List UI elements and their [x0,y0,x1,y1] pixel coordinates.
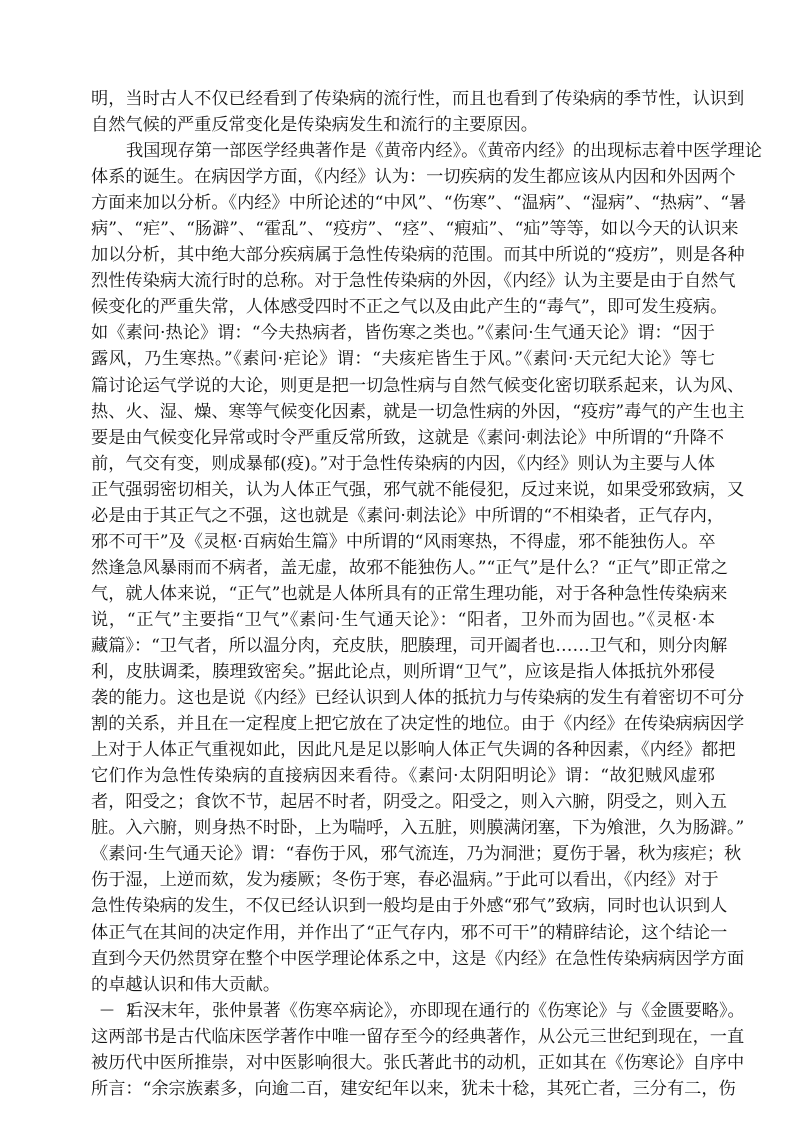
text-line: 《素问·生气通天论》谓：“春伤于风，邪气流连，乃为洞泄；夏伤于暑，秋为痎疟；秋 [91,841,715,867]
text-line: 它们作为急性传染病的直接病因来看待。《素问·太阴阳明论》谓：“故犯贼风虚邪 [91,763,715,789]
text-line: 如《素问·热论》谓：“今夫热病者，皆伤寒之类也。”《素问·生气通天论》谓：“因于 [91,320,715,346]
text-line: 气，就人体来说，“正气”也就是人体所具有的正常生理功能，对于各种急性传染病来 [91,581,715,607]
text-line: 明，当时古人不仅已经看到了传染病的流行性，而且也看到了传染病的季节性，认识到 [91,86,715,112]
text-line: 脏。入六腑，则身热不时卧，上为喘呼，入五脏，则膜满闭塞，下为飧泄，久为肠澼。” [91,815,715,841]
text-line: 邪不可干”及《灵枢·百病始生篇》中所谓的“风雨寒热，不得虚，邪不能独伤人。卒 [91,529,715,555]
text-line: 藏篇》：“卫气者，所以温分肉，充皮肤，肥腠理，司开阖者也……卫气和，则分肉解 [91,633,715,659]
text-line: 烈性传染病大流行时的总称。对于急性传染病的外因，《内经》认为主要是由于自然气 [91,268,715,294]
text-line: 者，阳受之；食饮不节，起居不时者，阴受之。阳受之，则入六腑，阴受之，则入五 [91,789,715,815]
text-line: 候变化的严重失常，人体感受四时不正之气以及由此产生的“毒气”，即可发生疫病。 [91,294,715,320]
text-line: 然逢急风暴雨而不病者，盖无虚，故邪不能独伤人。”“正气”是什么？“正气”即正常之 [91,555,715,581]
text-line: 上对于人体正气重视如此，因此凡是足以影响人体正气失调的各种因素，《内经》都把 [91,737,715,763]
text-line: 袭的能力。这也是说《内经》已经认识到人体的抵抗力与传染病的发生有着密切不可分 [91,685,715,711]
text-line: 前，气交有变，则成暴郁(疫)。”对于急性传染病的内因，《内经》则认为主要与人体 [91,451,715,477]
text-line: 体正气在其间的决定作用，并作出了“正气存内，邪不可干”的精辟结论，这个结论一 [91,920,715,946]
text-line: 割的关系，并且在一定程度上把它放在了决定性的地位。由于《内经》在传染病病因学 [91,711,715,737]
text-line: 正气强弱密切相关，认为人体正气强，邪气就不能侵犯，反过来说，如果受邪致病，又 [91,477,715,503]
page-number: — 2 — [100,1002,166,1018]
text-line: 加以分析，其中绝大部分疾病属于急性传染病的范围。而其中所说的“疫疠”，则是各种 [91,242,715,268]
text-line: 直到今天仍然贯穿在整个中医学理论体系之中，这是《内经》在急性传染病病因学方面 [91,946,715,972]
text-line: 利，皮肤调柔，腠理致密矣。”据此论点，则所谓“卫气”，应该是指人体抵抗外邪侵 [91,659,715,685]
text-line: 篇讨论运气学说的大论，则更是把一切急性病与自然气候变化密切联系起来，认为风、 [91,373,715,399]
text-line: 病”、“疟”、“肠澼”、“霍乱”、“疫疠”、“痉”、“瘕疝”、“疝”等等，如以今… [91,216,715,242]
text-line: 方面来加以分析。《内经》中所论述的“中风”、“伤寒”、“温病”、“湿病”、“热病… [91,190,715,216]
document-body: 明，当时古人不仅已经看到了传染病的流行性，而且也看到了传染病的季节性，认识到自然… [91,86,715,1102]
text-line: 体系的诞生。在病因学方面，《内经》认为：一切疾病的发生都应该从内因和外因两个 [91,164,715,190]
text-line: 露风，乃生寒热。”《素问·疟论》谓：“夫痎疟皆生于风。”《素问·天元纪大论》等七 [91,346,715,372]
text-line: 伤于湿，上逆而欬，发为痿厥；冬伤于寒，春必温病。”于此可以看出，《内经》对于 [91,867,715,893]
text-line: 自然气候的严重反常变化是传染病发生和流行的主要原因。 [91,112,715,138]
text-line: 的卓越认识和伟大贡献。 [91,972,715,998]
text-line: 要是由气候变化异常或时令严重反常所致，这就是《素问·刺法论》中所谓的“升降不 [91,425,715,451]
text-line: 这两部书是古代临床医学著作中唯一留存至今的经典著作，从公元三世纪到现在，一直 [91,1024,715,1050]
text-line: 必是由于其正气之不强，这也就是《素问·刺法论》中所谓的“不相染者，正气存内， [91,503,715,529]
text-line: 后汉末年，张仲景著《伤寒卒病论》，亦即现在通行的《伤寒论》与《金匮要略》。 [91,998,715,1024]
text-line: 说，“正气”主要指“卫气”《素问·生气通天论》：“阳者，卫外而为固也。”《灵枢·… [91,607,715,633]
text-line: 急性传染病的发生，不仅已经认识到一般均是由于外感“邪气”致病，同时也认识到人 [91,893,715,919]
text-line: 热、火、湿、燥、寒等气候变化因素，就是一切急性病的外因，“疫疠”毒气的产生也主 [91,399,715,425]
text-line: 被历代中医所推崇，对中医影响很大。张氏著此书的动机，正如其在《伤寒论》自序中 [91,1050,715,1076]
text-line: 所言：“余宗族素多，向逾二百，建安纪年以来，犹未十稔，其死亡者，三分有二，伤 [91,1076,715,1102]
text-line: 我国现存第一部医学经典著作是《黄帝内经》。《黄帝内经》的出现标志着中医学理论 [91,138,715,164]
